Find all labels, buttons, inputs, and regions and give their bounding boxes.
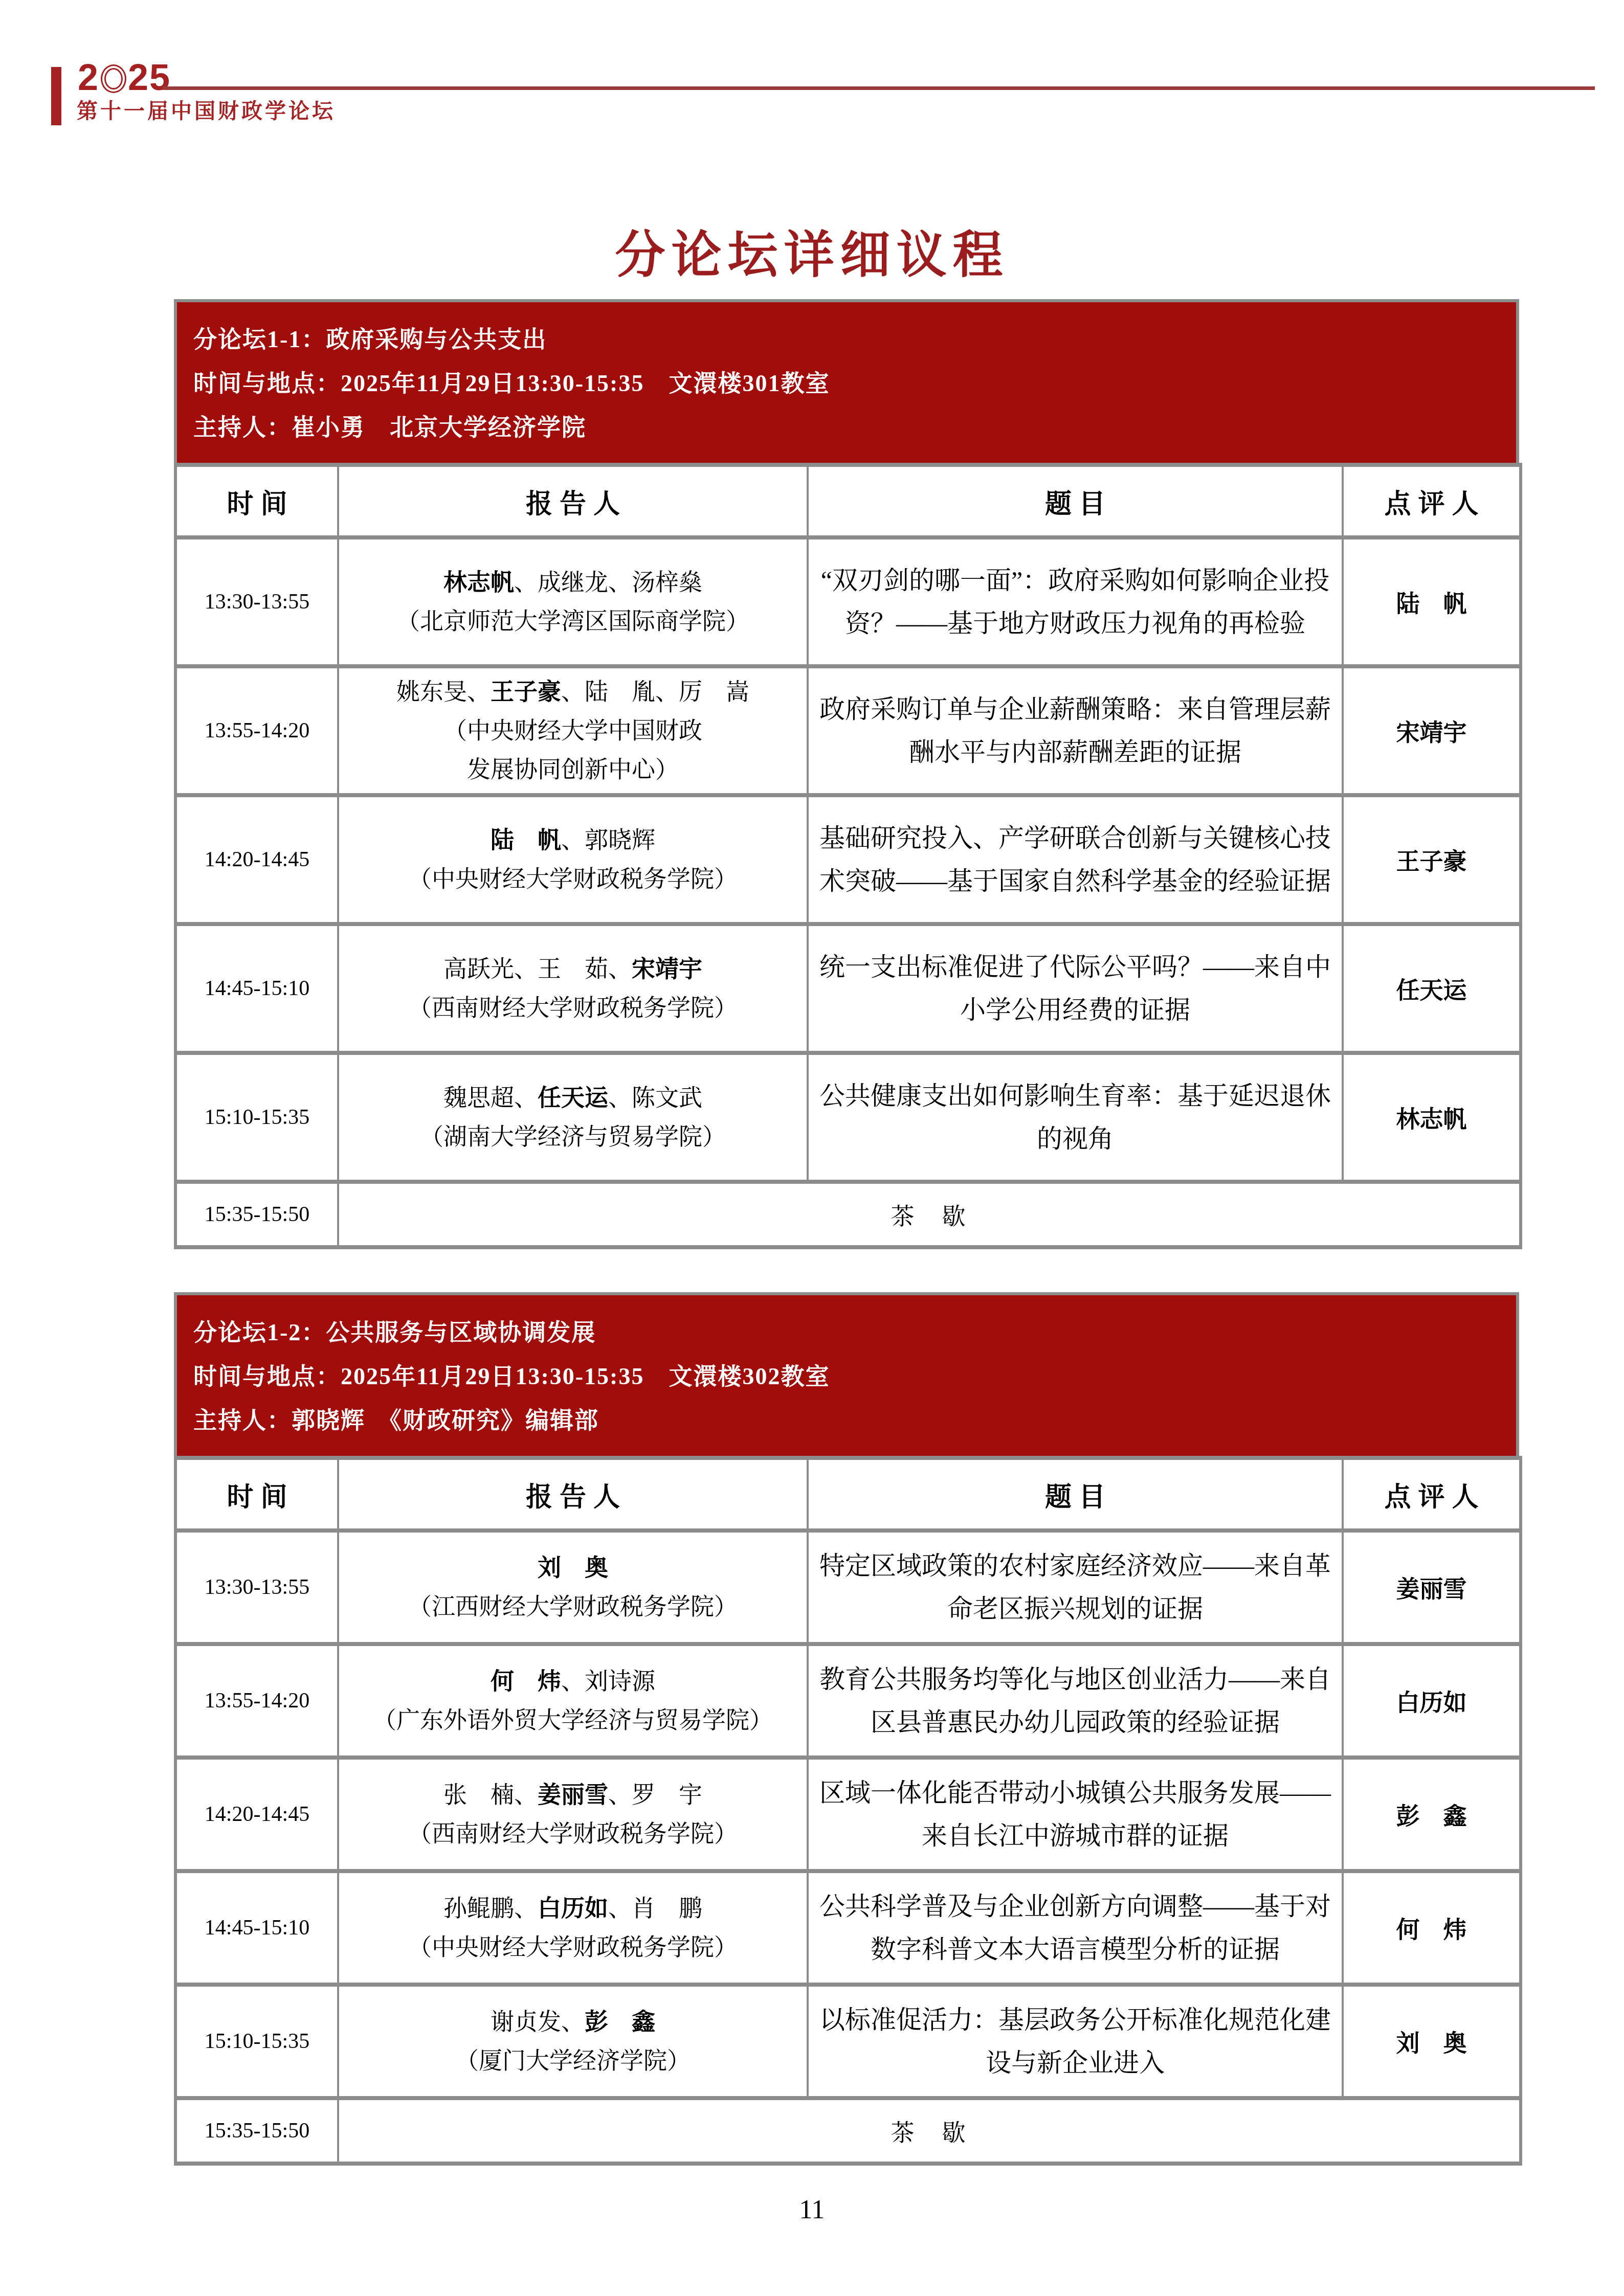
col-header-presenter: 报告人 (338, 1458, 808, 1530)
presenter-name: 林志帆 (443, 569, 514, 595)
paper-title-cell: 基础研究投入、产学研联合创新与关键核心技术突破——基于国家自然科学基金的经验证据 (808, 795, 1343, 924)
session-heading: 分论坛1-2：公共服务与区域协调发展 (193, 1311, 1506, 1355)
col-header-time: 时间 (175, 465, 338, 537)
session-host: 主持人：郭晓辉 《财政研究》编辑部 (193, 1399, 1506, 1443)
time-cell: 14:45-15:10 (175, 924, 338, 1053)
col-header-time: 时间 (175, 1458, 338, 1530)
col-header-discussant: 点评人 (1343, 1458, 1521, 1530)
agenda-row: 15:10-15:35谢贞发、彭 鑫（厦门大学经济学院）以标准促活力：基层政务公… (175, 1985, 1521, 2098)
time-cell: 14:20-14:45 (175, 795, 338, 924)
time-cell: 13:55-14:20 (175, 666, 338, 795)
paper-title-cell: 特定区域政策的农村家庭经济效应——来自革命老区振兴规划的证据 (808, 1530, 1343, 1644)
discussant-cell: 姜丽雪 (1343, 1530, 1521, 1644)
presenter-name: 谢贞发 (491, 2009, 561, 2035)
presenter-affiliation: （湖南大学经济与贸易学院） (339, 1117, 807, 1156)
presenter-name: 彭 鑫 (585, 2009, 655, 2035)
presenter-name: 任天运 (538, 1085, 608, 1111)
presenter-affiliation: （西南财经大学财政税务学院） (339, 988, 807, 1027)
logo-red-bar (51, 67, 61, 125)
time-cell: 13:30-13:55 (175, 1530, 338, 1644)
presenter-name: 何 炜 (491, 1668, 561, 1694)
agenda-row: 13:30-13:55林志帆、成继龙、汤梓燊（北京师范大学湾区国际商学院）“双刃… (175, 537, 1521, 666)
presenter-name: 刘 奥 (538, 1555, 608, 1581)
presenter-name: 成继龙 (538, 569, 608, 595)
paper-title-cell: “双刃剑的哪一面”：政府采购如何影响企业投资？——基于地方财政压力视角的再检验 (808, 537, 1343, 666)
session-time-location: 时间与地点：2025年11月29日13:30-15:35 文澴楼301教室 (193, 362, 1506, 406)
session-host: 主持人：崔小勇 北京大学经济学院 (193, 406, 1506, 449)
presenter-name: 王子豪 (491, 679, 561, 705)
presenter-cell: 孙鲲鹏、白历如、肖 鹏（中央财经大学财政税务学院） (338, 1871, 808, 1985)
presenter-name: 肖 鹏 (632, 1895, 702, 1921)
presenter-names: 孙鲲鹏、白历如、肖 鹏 (339, 1889, 807, 1928)
break-row: 15:35-15:50茶 歇 (175, 2098, 1521, 2164)
agenda-table: 时间 报告人 题目 点评人 13:30-13:55林志帆、成继龙、汤梓燊（北京师… (174, 463, 1522, 1249)
document-page: 225 第十一届中国财政学论坛 分论坛详细议程 分论坛1-1：政府采购与公共支出… (0, 0, 1624, 2296)
presenter-cell: 高跃光、王 茹、宋靖宇（西南财经大学财政税务学院） (338, 924, 808, 1053)
session-section-1-1: 分论坛1-1：政府采购与公共支出 时间与地点：2025年11月29日13:30-… (174, 299, 1519, 1249)
presenter-cell: 陆 帆、郭晓辉（中央财经大学财政税务学院） (338, 795, 808, 924)
agenda-header-row: 时间 报告人 题目 点评人 (175, 465, 1521, 537)
presenter-affiliation: （广东外语外贸大学经济与贸易学院） (339, 1701, 807, 1740)
agenda-row: 15:10-15:35魏思超、任天运、陈文武（湖南大学经济与贸易学院）公共健康支… (175, 1053, 1521, 1182)
time-cell: 14:45-15:10 (175, 1871, 338, 1985)
presenter-affiliation: （中央财经大学中国财政 发展协同创新中心） (339, 711, 807, 789)
presenter-names: 魏思超、任天运、陈文武 (339, 1078, 807, 1117)
discussant-cell: 白历如 (1343, 1644, 1521, 1758)
agenda-table: 时间 报告人 题目 点评人 13:30-13:55刘 奥（江西财经大学财政税务学… (174, 1456, 1522, 2166)
logo-year-right: 25 (128, 57, 171, 98)
presenter-names: 谢贞发、彭 鑫 (339, 2002, 807, 2041)
page-number: 11 (0, 2195, 1624, 2225)
agenda-row: 13:55-14:20姚东旻、王子豪、陆 胤、厉 嵩（中央财经大学中国财政 发展… (175, 666, 1521, 795)
logo-year-left: 2 (78, 57, 99, 98)
discussant-cell: 刘 奥 (1343, 1985, 1521, 2098)
discussant-cell: 宋靖宇 (1343, 666, 1521, 795)
session-header: 分论坛1-2：公共服务与区域协调发展 时间与地点：2025年11月29日13:3… (174, 1292, 1519, 1456)
break-cell: 茶 歇 (338, 1182, 1521, 1247)
paper-title-cell: 统一支出标准促进了代际公平吗？——来自中小学公用经费的证据 (808, 924, 1343, 1053)
presenter-cell: 林志帆、成继龙、汤梓燊（北京师范大学湾区国际商学院） (338, 537, 808, 666)
session-heading: 分论坛1-1：政府采购与公共支出 (193, 318, 1506, 362)
presenter-names: 林志帆、成继龙、汤梓燊 (339, 563, 807, 602)
discussant-cell: 任天运 (1343, 924, 1521, 1053)
presenter-affiliation: （江西财经大学财政税务学院） (339, 1587, 807, 1626)
discussant-cell: 何 炜 (1343, 1871, 1521, 1985)
presenter-name: 汤梓燊 (632, 569, 702, 595)
presenter-affiliation: （北京师范大学湾区国际商学院） (339, 602, 807, 641)
presenter-cell: 谢贞发、彭 鑫（厦门大学经济学院） (338, 1985, 808, 2098)
session-header: 分论坛1-1：政府采购与公共支出 时间与地点：2025年11月29日13:30-… (174, 299, 1519, 463)
presenter-name: 陆 胤 (585, 679, 655, 705)
agenda-header-row: 时间 报告人 题目 点评人 (175, 1458, 1521, 1530)
break-cell: 茶 歇 (338, 2098, 1521, 2164)
presenter-name: 姚东旻 (396, 679, 467, 705)
presenter-name: 宋靖宇 (632, 956, 702, 982)
session-section-1-2: 分论坛1-2：公共服务与区域协调发展 时间与地点：2025年11月29日13:3… (174, 1292, 1519, 2166)
presenter-name: 王 茹 (538, 956, 608, 982)
paper-title-cell: 公共科学普及与企业创新方向调整——基于对数字科普文本大语言模型分析的证据 (808, 1871, 1343, 1985)
presenter-name: 白历如 (538, 1895, 608, 1921)
col-header-title: 题目 (808, 1458, 1343, 1530)
presenter-cell: 姚东旻、王子豪、陆 胤、厉 嵩（中央财经大学中国财政 发展协同创新中心） (338, 666, 808, 795)
col-header-presenter: 报告人 (338, 465, 808, 537)
break-row: 15:35-15:50茶 歇 (175, 1182, 1521, 1247)
presenter-name: 陈文武 (632, 1085, 702, 1111)
logo-forum-title: 第十一届中国财政学论坛 (77, 98, 336, 124)
time-cell: 15:35-15:50 (175, 1182, 338, 1247)
presenter-name: 罗 宇 (632, 1782, 702, 1808)
time-cell: 13:30-13:55 (175, 537, 338, 666)
time-cell: 14:20-14:45 (175, 1758, 338, 1871)
agenda-row: 14:20-14:45张 楠、姜丽雪、罗 宇（西南财经大学财政税务学院）区域一体… (175, 1758, 1521, 1871)
presenter-affiliation: （中央财经大学财政税务学院） (339, 1928, 807, 1967)
discussant-cell: 王子豪 (1343, 795, 1521, 924)
presenter-names: 张 楠、姜丽雪、罗 宇 (339, 1775, 807, 1814)
agenda-body: 13:30-13:55林志帆、成继龙、汤梓燊（北京师范大学湾区国际商学院）“双刃… (175, 537, 1521, 1247)
agenda-row: 14:45-15:10高跃光、王 茹、宋靖宇（西南财经大学财政税务学院）统一支出… (175, 924, 1521, 1053)
agenda-row: 14:20-14:45陆 帆、郭晓辉（中央财经大学财政税务学院）基础研究投入、产… (175, 795, 1521, 924)
time-cell: 15:10-15:35 (175, 1053, 338, 1182)
time-cell: 13:55-14:20 (175, 1644, 338, 1758)
session-time-location: 时间与地点：2025年11月29日13:30-15:35 文澴楼302教室 (193, 1355, 1506, 1399)
presenter-name: 高跃光 (443, 956, 514, 982)
agenda-body: 13:30-13:55刘 奥（江西财经大学财政税务学院）特定区域政策的农村家庭经… (175, 1530, 1521, 2164)
discussant-cell: 彭 鑫 (1343, 1758, 1521, 1871)
time-cell: 15:10-15:35 (175, 1985, 338, 2098)
content: 分论坛1-1：政府采购与公共支出 时间与地点：2025年11月29日13:30-… (174, 299, 1519, 2166)
paper-title-cell: 以标准促活力：基层政务公开标准化规范化建设与新企业进入 (808, 1985, 1343, 2098)
presenter-name: 姜丽雪 (538, 1782, 608, 1808)
presenter-cell: 魏思超、任天运、陈文武（湖南大学经济与贸易学院） (338, 1053, 808, 1182)
paper-title-cell: 公共健康支出如何影响生育率：基于延迟退休的视角 (808, 1053, 1343, 1182)
presenter-names: 高跃光、王 茹、宋靖宇 (339, 950, 807, 988)
presenter-name: 刘诗源 (585, 1668, 655, 1694)
presenter-name: 张 楠 (443, 1782, 514, 1808)
presenter-name: 陆 帆 (491, 827, 561, 853)
seal-zero-icon (101, 64, 126, 93)
presenter-names: 姚东旻、王子豪、陆 胤、厉 嵩 (339, 672, 807, 711)
discussant-cell: 林志帆 (1343, 1053, 1521, 1182)
page-title: 分论坛详细议程 (0, 224, 1624, 285)
col-header-title: 题目 (808, 465, 1343, 537)
time-cell: 15:35-15:50 (175, 2098, 338, 2164)
logo-year: 225 (78, 59, 171, 96)
agenda-row: 13:55-14:20何 炜、刘诗源（广东外语外贸大学经济与贸易学院）教育公共服… (175, 1644, 1521, 1758)
presenter-names: 刘 奥 (339, 1548, 807, 1587)
agenda-row: 13:30-13:55刘 奥（江西财经大学财政税务学院）特定区域政策的农村家庭经… (175, 1530, 1521, 1644)
presenter-cell: 张 楠、姜丽雪、罗 宇（西南财经大学财政税务学院） (338, 1758, 808, 1871)
discussant-cell: 陆 帆 (1343, 537, 1521, 666)
presenter-name: 孙鲲鹏 (443, 1895, 514, 1921)
header-rule (163, 86, 1595, 90)
presenter-affiliation: （厦门大学经济学院） (339, 2041, 807, 2080)
presenter-name: 郭晓辉 (585, 827, 655, 853)
paper-title-cell: 教育公共服务均等化与地区创业活力——来自区县普惠民办幼儿园政策的经验证据 (808, 1644, 1343, 1758)
presenter-name: 厉 嵩 (679, 679, 749, 705)
presenter-cell: 何 炜、刘诗源（广东外语外贸大学经济与贸易学院） (338, 1644, 808, 1758)
presenter-name: 魏思超 (443, 1085, 514, 1111)
presenter-names: 何 炜、刘诗源 (339, 1662, 807, 1701)
agenda-row: 14:45-15:10孙鲲鹏、白历如、肖 鹏（中央财经大学财政税务学院）公共科学… (175, 1871, 1521, 1985)
presenter-cell: 刘 奥（江西财经大学财政税务学院） (338, 1530, 808, 1644)
paper-title-cell: 区域一体化能否带动小城镇公共服务发展——来自长江中游城市群的证据 (808, 1758, 1343, 1871)
presenter-affiliation: （中央财经大学财政税务学院） (339, 860, 807, 898)
presenter-names: 陆 帆、郭晓辉 (339, 821, 807, 860)
paper-title-cell: 政府采购订单与企业薪酬策略：来自管理层薪酬水平与内部薪酬差距的证据 (808, 666, 1343, 795)
presenter-affiliation: （西南财经大学财政税务学院） (339, 1814, 807, 1853)
col-header-discussant: 点评人 (1343, 465, 1521, 537)
